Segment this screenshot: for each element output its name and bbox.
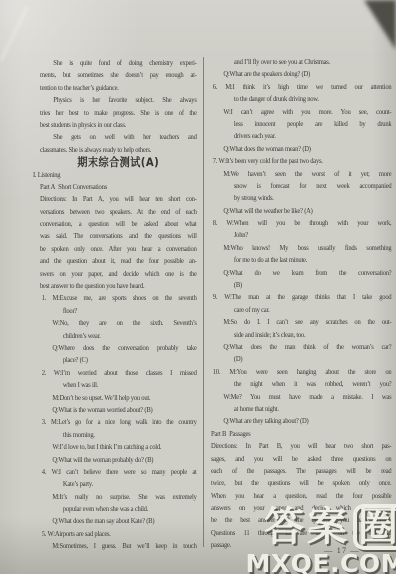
text-line: 3. M:Let’s go for a nice long walk into … <box>40 416 197 428</box>
text-line: be spoken only once. After you hear a co… <box>40 243 197 255</box>
text-line: Q:What will the weather be like? (A) <box>211 205 391 217</box>
text-line: floor? <box>40 305 197 317</box>
section-title: 期末综合测试(A) <box>40 156 197 168</box>
text-line: 10. M:You were seen hanging about the st… <box>211 366 391 378</box>
watermark-brand: 答案圈 <box>246 504 396 550</box>
left-column: She is quite fond of doing chemistry exp… <box>40 57 197 553</box>
text-line: I. Listening <box>33 169 197 181</box>
text-line: Part A Short Conversations <box>40 181 197 193</box>
text-line: 9. W:The man at the garage thinks that I… <box>211 291 391 303</box>
text-line: conversation, a question will be asked a… <box>40 218 197 230</box>
text-line: to the danger of drunk driving now. <box>211 93 391 105</box>
text-line: best students in physics in our class. <box>40 119 197 131</box>
text-line: by strong winds. <box>211 192 391 204</box>
text-line: the night when it was robbed, weren’t yo… <box>211 378 391 390</box>
text-line: versations between two speakers. At the … <box>40 206 197 218</box>
text-line: when I was ill. <box>40 379 197 391</box>
text-line: ments, but sometimes she doesn’t pay eno… <box>40 69 197 81</box>
text-line: Physics is her favorite subject. She alw… <box>40 94 197 106</box>
text-line: Part B Passages <box>211 428 391 440</box>
text-line: M:Who knows! My boss usually finds somet… <box>211 242 391 254</box>
text-line: sages, and you will be asked three quest… <box>211 453 391 465</box>
text-line: children’s wear. <box>40 330 197 342</box>
text-line: and I’ll fly over to see you at Christma… <box>211 56 391 68</box>
text-line: each of the passages. The passages will … <box>211 465 391 477</box>
text-line: She gets on well with her teachers and <box>40 131 197 143</box>
text-line: M:We haven’t seen the worst of it yet; m… <box>211 168 391 180</box>
watermark-brand-text: 答案 <box>264 504 350 550</box>
text-line: 1. M:Excuse me, are sports shoes on the … <box>40 292 197 304</box>
text-line: tries her best to make progress. She is … <box>40 107 197 119</box>
text-line: side and inside; it’s clean, too. <box>211 329 391 341</box>
text-line: M:It’s really no surprise. She was extre… <box>40 491 197 503</box>
text-line: 6. M:I think it’s high time we turned ou… <box>211 81 391 93</box>
text-line: less innocent people are killed by drunk <box>211 118 391 130</box>
text-line: Q:What are they talking about? (D) <box>211 415 391 427</box>
text-line: Q:What is the woman worried about? (B) <box>40 404 197 416</box>
text-line: 8. W:When will you be through with your … <box>211 217 391 229</box>
text-line: 5. W:Airports are sad places. <box>40 528 197 540</box>
text-line: Q:Where does the conversation probably t… <box>40 342 197 354</box>
text-line: at home that night. <box>211 403 391 415</box>
watermark: 答案圈 MXQE.COM <box>246 504 396 574</box>
column-divider <box>203 57 204 547</box>
text-line: classmates. She is always ready to help … <box>40 144 197 156</box>
right-column: and I’ll fly over to see you at Christma… <box>211 56 391 552</box>
text-line: Kate’s party. <box>40 478 197 490</box>
text-line: M:Don’t be so upset. We’ll help you out. <box>40 392 197 404</box>
watermark-seal-icon: 圈 <box>353 504 396 550</box>
text-line: Directions: In Part A, you will hear ten… <box>40 193 197 205</box>
text-line: swers on your paper, and decide which on… <box>40 268 197 280</box>
text-line: Directions: In Part B, you will hear two… <box>211 440 391 452</box>
text-line: for me to do at the last minute. <box>211 254 391 266</box>
text-line: Q:What does the woman mean? (D) <box>211 143 391 155</box>
text-line: W:I can’t agree with you more. You see, … <box>211 106 391 118</box>
text-line: best answer to the question you have hea… <box>40 280 197 292</box>
text-line: and the question about it, read the four… <box>40 255 197 267</box>
text-line: When you hear a question, read the four … <box>211 490 391 502</box>
text-line: popular even when she was a child. <box>40 503 197 515</box>
text-line: 7. W:It’s been very cold for the past tw… <box>211 155 391 167</box>
text-line: W:I’d love to, but I think I’m catching … <box>40 441 197 453</box>
text-line: snow is forecast for next week accompani… <box>211 180 391 192</box>
text-line: Q:What are the speakers doing? (D) <box>211 68 391 80</box>
page-corner-shadow <box>364 0 396 50</box>
text-line: care of my car. <box>211 304 391 316</box>
text-line: 4. W:I can’t believe there were so many … <box>40 466 197 478</box>
text-line: 2. W:I’m worried about those classes I m… <box>40 367 197 379</box>
text-line: M:Sometimes, I guess. But we’ll keep in … <box>40 540 197 552</box>
text-line: Q:What do we learn from the conversation… <box>211 267 391 279</box>
watermark-site-url: MXQE.COM <box>246 550 396 574</box>
text-line: (D) <box>211 353 391 365</box>
paper-crease <box>0 7 28 62</box>
scanned-exam-page: She is quite fond of doing chemistry exp… <box>0 0 396 574</box>
text-line: W:Me? You must have made a mistake. I wa… <box>211 391 391 403</box>
text-line: W:No, they are on the sixth. Seventh’s <box>40 317 197 329</box>
text-line: Q:What does the man think of the woman’s… <box>211 341 391 353</box>
text-line: M:So do I. I can’t see any scratches on … <box>211 316 391 328</box>
text-line: John? <box>211 229 391 241</box>
text-line: twice, but the questions will be spoken … <box>211 477 391 489</box>
text-line: (B) <box>211 279 391 291</box>
text-line: tention to the teacher’s guidance. <box>40 82 197 94</box>
text-line: drivers each year. <box>211 130 391 142</box>
text-line: Q:What will the woman probably do? (B) <box>40 454 197 466</box>
text-line: was said. The conversations and the ques… <box>40 230 197 242</box>
text-line: Q:What does the man say about Kate? (B) <box>40 515 197 527</box>
text-line: She is quite fond of doing chemistry exp… <box>40 57 197 69</box>
text-line: this morning. <box>40 429 197 441</box>
text-line: place? (C) <box>40 354 197 366</box>
